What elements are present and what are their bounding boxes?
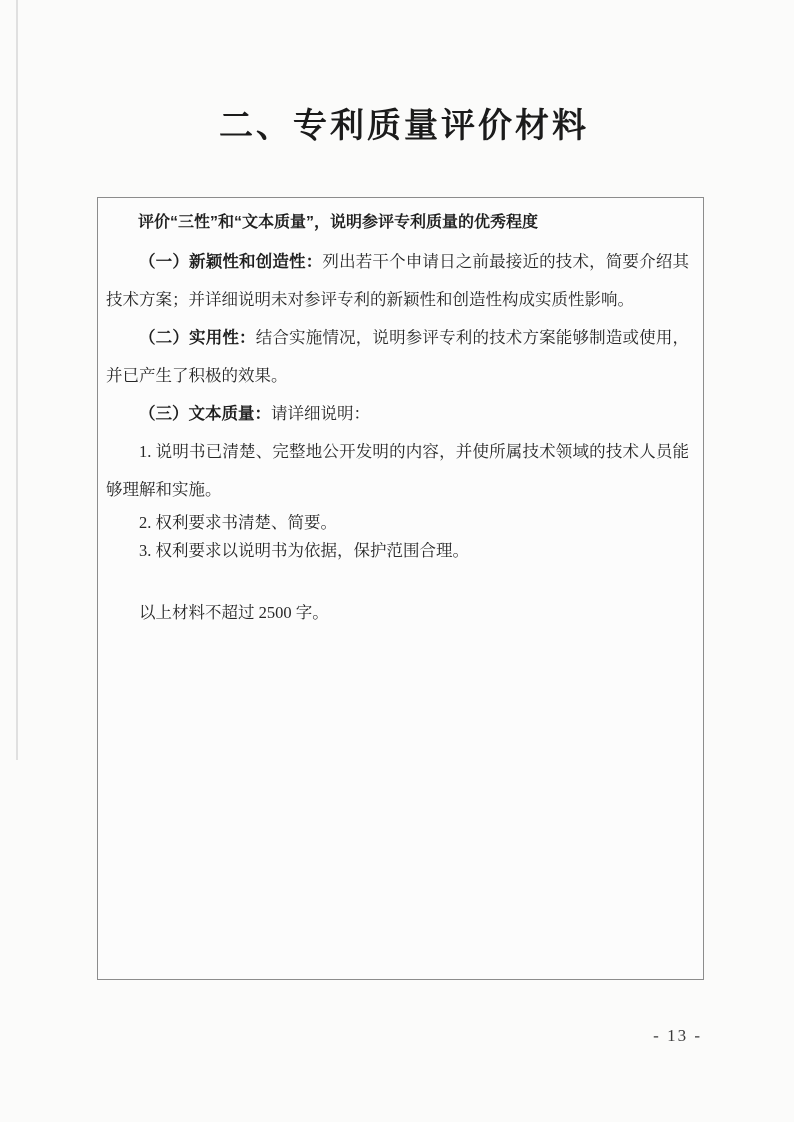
scanned-document-page: { "document": { "title": "二、专利质量评价材料", "… xyxy=(0,0,794,1122)
paragraph-text-quality: （三）文本质量：请详细说明： xyxy=(106,395,689,433)
list-item-claims-clear: 2. 权利要求书清楚、简要。 xyxy=(106,509,689,537)
evaluation-content-box: 评价“三性”和“文本质量”，说明参评专利质量的优秀程度 （一）新颖性和创造性：列… xyxy=(97,197,704,980)
list-item-specification: 1. 说明书已清楚、完整地公开发明的内容，并使所属技术领域的技术人员能够理解和实… xyxy=(106,433,689,509)
paragraph-text: 请详细说明： xyxy=(271,404,370,423)
paragraph-practicality: （二）实用性：结合实施情况，说明参评专利的技术方案能够制造或使用，并已产生了积极… xyxy=(106,319,689,395)
box-heading: 评价“三性”和“文本质量”，说明参评专利质量的优秀程度 xyxy=(106,211,689,235)
paragraph-label: （三）文本质量： xyxy=(139,405,271,423)
paragraph-label: （一）新颖性和创造性： xyxy=(139,253,322,271)
paragraph-novelty-creativity: （一）新颖性和创造性：列出若干个申请日之前最接近的技术，简要介绍其技术方案；并详… xyxy=(106,243,689,319)
page-title: 二、专利质量评价材料 xyxy=(0,98,794,147)
list-item-claims-scope: 3. 权利要求以说明书为依据，保护范围合理。 xyxy=(106,537,689,565)
paragraph-label: （二）实用性： xyxy=(139,329,256,347)
page-number: - 13 - xyxy=(653,1026,702,1046)
word-limit-note: 以上材料不超过 2500 字。 xyxy=(106,599,689,627)
